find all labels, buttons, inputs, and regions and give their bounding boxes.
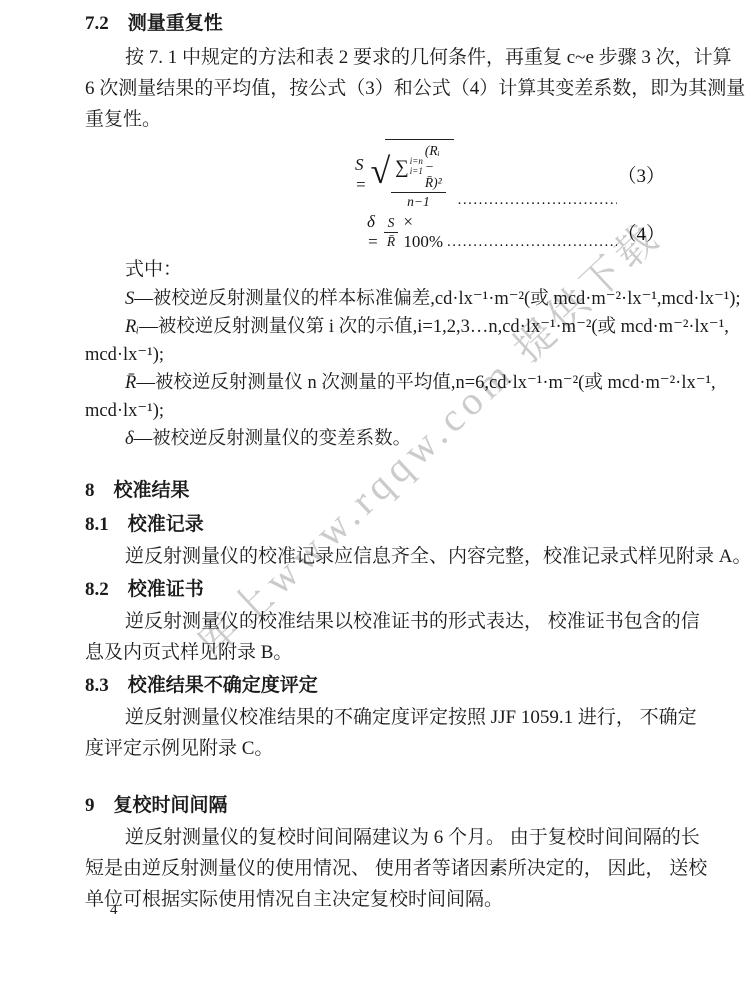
where-intro: 式中： [85,254,665,285]
paragraph-7-2-line-1: 按 7. 1 中规定的方法和表 2 要求的几何条件，再重复 c~e 步骤 3 次… [85,42,665,73]
definition-delta-text: —被校逆反射测量仪的变差系数。 [134,429,412,449]
formula-4-fraction: S R̄ [384,215,399,250]
formula-4-numerator: S [384,215,399,233]
formula-3-expression: (Rᵢ − R̄)² [425,143,442,191]
document-page: 库上www.rqqw.com 提供下载 7.2 测量重复性 按 7. 1 中规定… [0,0,751,989]
definition-rbar-text: —被校逆反射测量仪 n 次测量的平均值,n=6,cd·lx⁻¹·m⁻²(或 mc… [136,373,715,393]
symbol-delta: δ [125,429,134,449]
paragraph-8-2-line-1: 逆反射测量仪的校准结果以校准证书的形式表达， 校准证书包含的信 [85,606,665,637]
paragraph-7-2-line-2: 6 次测量结果的平均值，按公式（3）和公式（4）计算其变差系数，即为其测量 [85,73,665,104]
formula-3-denominator: n−1 [407,193,430,210]
heading-8: 8 校准结果 [85,475,665,507]
dot-leader: ........................................… [443,232,617,252]
paragraph-8-1: 逆反射测量仪的校准记录应信息齐全、内容完整，校准记录式样见附录 A。 [85,541,665,572]
definition-s-text: —被校逆反射测量仪的样本标准偏差,cd·lx⁻¹·m⁻²(或 mcd·m⁻²·l… [134,289,740,309]
paragraph-8-3-line-1: 逆反射测量仪校准结果的不确定度评定按照 JJF 1059.1 进行， 不确定 [85,702,665,733]
formula-3-fraction: ∑ i=n i=1 (Rᵢ − R̄)² n−1 [391,143,445,210]
formula-3-radicand: ∑ i=n i=1 (Rᵢ − R̄)² n−1 [385,139,453,210]
definition-s: S—被校逆反射测量仪的样本标准偏差,cd·lx⁻¹·m⁻²(或 mcd·m⁻²·… [85,285,665,313]
radical-sign: √ [370,155,390,187]
paragraph-8-3-line-2: 度评定示例见附录 C。 [85,733,665,764]
formula-4-denominator: R̄ [387,233,395,250]
dot-leader-dots: ........................................… [458,192,618,208]
symbol-s: S [125,289,134,309]
formula-3-sqrt: √ ∑ i=n i=1 (Rᵢ − R̄)² n−1 [370,139,453,210]
formula-3-number: （3） [617,161,665,188]
paragraph-8-2-line-2: 息及内页式样见附录 B。 [85,637,665,668]
definition-ri-text: —被校逆反射测量仪第 i 次的示值,i=1,2,3…n,cd·lx⁻¹·m⁻²(… [139,317,729,337]
formula-4-lhs: δ = [367,212,378,252]
symbol-ri: Rᵢ [125,317,139,337]
heading-8-3: 8.3 校准结果不确定度评定 [85,670,665,702]
formula-3-numerator: ∑ i=n i=1 (Rᵢ − R̄)² [391,143,445,193]
paragraph-9-line-2: 短是由逆反射测量仪的使用情况、 使用者等诸因素所决定的， 因此， 送校 [85,853,665,884]
definition-ri-continuation: mcd·lx⁻¹); [85,341,665,369]
definition-rbar: R̄—被校逆反射测量仪 n 次测量的平均值,n=6,cd·lx⁻¹·m⁻²(或 … [85,369,665,397]
definition-ri: Rᵢ—被校逆反射测量仪第 i 次的示值,i=1,2,3…n,cd·lx⁻¹·m⁻… [85,313,665,341]
formula-4-rest: × 100% [403,212,443,252]
page-content: 7.2 测量重复性 按 7. 1 中规定的方法和表 2 要求的几何条件，再重复 … [0,0,751,915]
formula-4-number: （4） [617,219,665,246]
paragraph-9-line-3: 单位可根据实际使用情况自主决定复校时间间隔。 [85,884,665,915]
paragraph-9-line-1: 逆反射测量仪的复校时间间隔建议为 6 个月。 由于复校时间间隔的长 [85,822,665,853]
sigma-lower-limit: i=1 [410,167,423,177]
heading-7-2: 7.2 测量重复性 [85,8,665,40]
formula-4: δ = S R̄ × 100% ........................… [367,212,665,252]
formula-3-lhs: S = [355,155,366,195]
symbol-rbar: R̄ [125,373,136,393]
sigma-limits: i=n i=1 [410,157,423,177]
heading-8-1: 8.1 校准记录 [85,509,665,541]
formula-3: S = √ ∑ i=n i=1 (Rᵢ − R̄)² n−1 [355,139,665,210]
sigma-symbol: ∑ [395,158,409,177]
heading-8-2: 8.2 校准证书 [85,574,665,606]
definition-rbar-continuation: mcd·lx⁻¹); [85,397,665,425]
paragraph-7-2-line-3: 重复性。 [85,104,665,135]
definition-delta: δ—被校逆反射测量仪的变差系数。 [85,425,665,453]
dot-leader-dots: ........................................… [447,234,617,250]
heading-9: 9 复校时间间隔 [85,790,665,822]
dot-leader: ........................................… [454,190,618,210]
page-number: 4 [110,902,118,919]
